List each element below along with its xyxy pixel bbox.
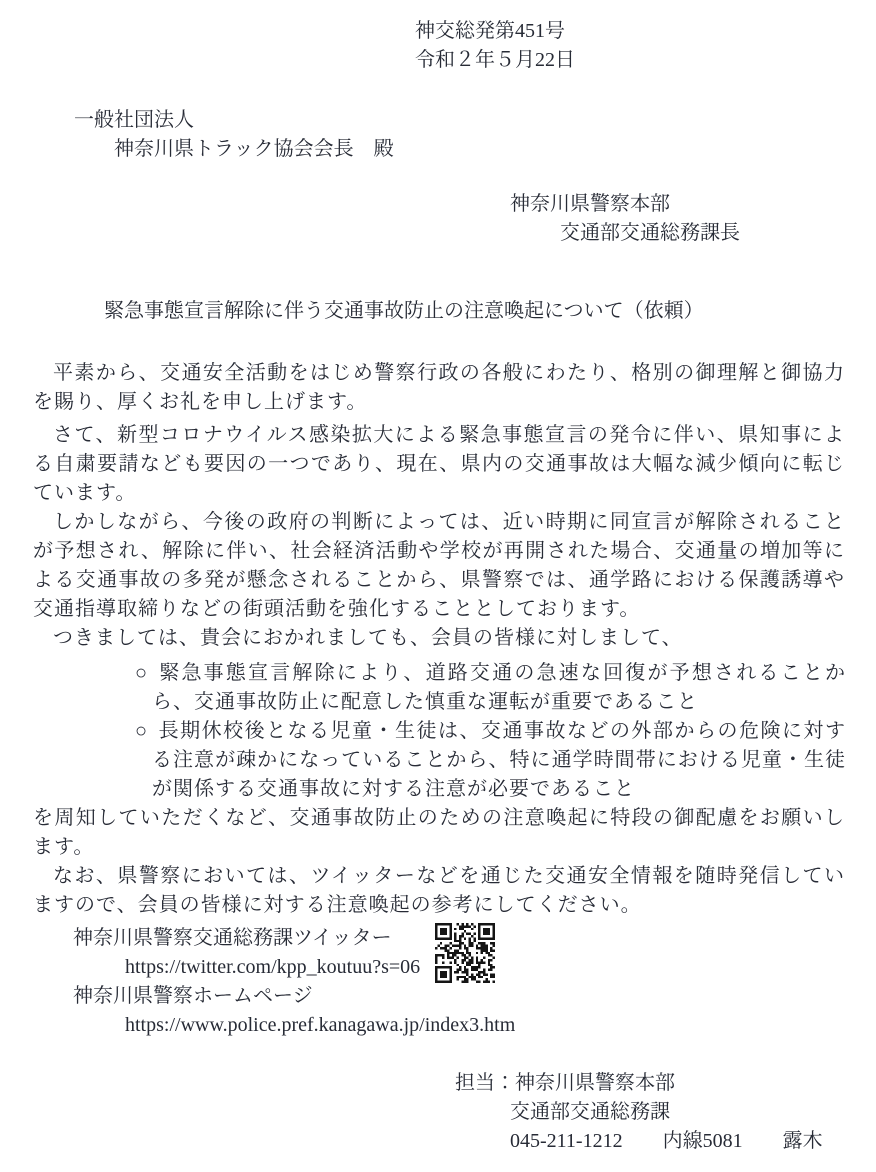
doc-header: 神交総発第451号 令和２年５月22日	[415, 17, 876, 75]
bullet-marker: ○	[135, 720, 149, 742]
twitter-link-url: https://twitter.com/kpp_koutuu?s=06	[125, 953, 876, 982]
qr-code-image	[435, 922, 495, 984]
paragraph-closing: を周知していただくなど、交通事故防止のための注意喚起に特段の御配慮をお願いします…	[33, 804, 845, 862]
homepage-link-url: https://www.police.pref.kanagawa.jp/inde…	[125, 1011, 876, 1040]
contact-division: 交通部交通総務課	[510, 1098, 876, 1127]
contact-phone: 045-211-1212 内線5081 露木	[510, 1127, 876, 1156]
contact-org: 担当：神奈川県警察本部	[455, 1069, 876, 1098]
bullet-item-driving: ○緊急事態宣言解除により、道路交通の急速な回復が予想されることから、交通事故防止…	[152, 659, 846, 717]
twitter-qr-code	[435, 922, 495, 984]
contact-block: 担当：神奈川県警察本部 交通部交通総務課 045-211-1212 内線5081…	[455, 1069, 876, 1156]
bullet-text: 長期休校後となる児童・生徒は、交通事故などの外部からの危険に対する注意が疎かにな…	[152, 720, 846, 800]
sender-title: 交通部交通総務課長	[560, 219, 876, 248]
doc-date: 令和２年５月22日	[415, 46, 876, 75]
recipient-org-type: 一般社団法人	[74, 106, 876, 135]
bullet-item-children: ○長期休校後となる児童・生徒は、交通事故などの外部からの危険に対する注意が疎かに…	[152, 717, 846, 804]
links-section: 神奈川県警察交通総務課ツイッター https://twitter.com/kpp…	[73, 924, 876, 1040]
homepage-link-label: 神奈川県警察ホームページ	[73, 982, 876, 1011]
paragraph-notice: なお、県警察においては、ツイッターなどを通じた交通安全情報を随時発信していますの…	[33, 862, 845, 920]
recipient-block: 一般社団法人 神奈川県トラック協会会長 殿	[74, 106, 876, 164]
sender-org: 神奈川県警察本部	[510, 190, 876, 219]
subject-line: 緊急事態宣言解除に伴う交通事故防止の注意喚起について（依頼）	[104, 297, 876, 326]
paragraph-background: さて、新型コロナウイルス感染拡大による緊急事態宣言の発令に伴い、県知事による自粛…	[33, 421, 845, 508]
paragraph-concern: しかしながら、今後の政府の判断によっては、近い時期に同宣言が解除されることが予想…	[33, 508, 845, 624]
recipient-name: 神奈川県トラック協会会長 殿	[114, 135, 876, 164]
document-page: 神交総発第451号 令和２年５月22日 一般社団法人 神奈川県トラック協会会長 …	[0, 0, 876, 1172]
bullet-list: ○緊急事態宣言解除により、道路交通の急速な回復が予想されることから、交通事故防止…	[0, 659, 876, 804]
paragraph-greeting: 平素から、交通安全活動をはじめ警察行政の各般にわたり、格別の御理解と御協力を賜り…	[33, 359, 845, 417]
bullet-marker: ○	[135, 662, 149, 684]
sender-block: 神奈川県警察本部 交通部交通総務課長	[510, 190, 876, 248]
bullet-text: 緊急事態宣言解除により、道路交通の急速な回復が予想されることから、交通事故防止に…	[152, 662, 846, 713]
doc-number: 神交総発第451号	[415, 17, 876, 46]
paragraph-request-intro: つきましては、貴会におかれましても、会員の皆様に対しまして、	[33, 624, 845, 653]
